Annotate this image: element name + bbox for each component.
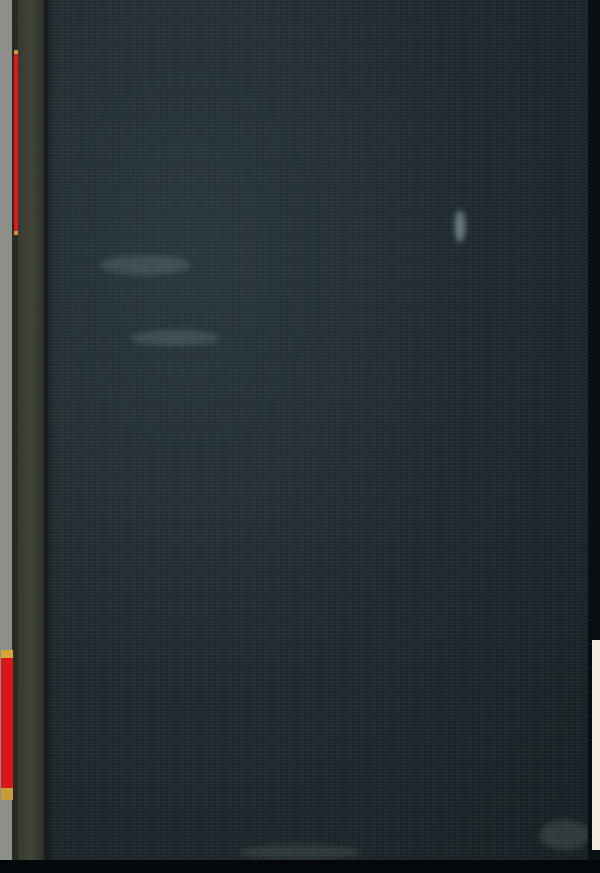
page-edge-paper [592,640,600,850]
hinge-shadow [44,0,54,862]
book-cover-cloth [18,0,588,862]
cover-wear-mark [240,845,360,859]
bottom-edge [0,860,600,873]
cover-wear-mark [130,330,220,346]
cover-wear-mark [455,210,465,242]
cover-wear-mark [540,820,590,850]
headband-bottom [1,650,13,800]
cover-wear-mark [100,255,190,275]
